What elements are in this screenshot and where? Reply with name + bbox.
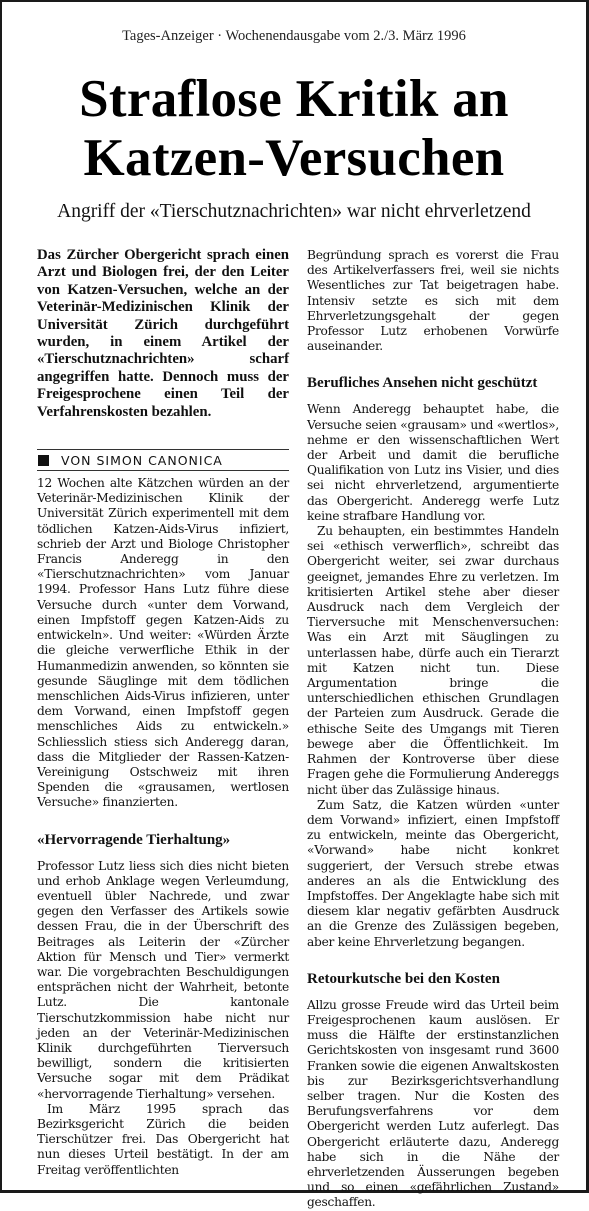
article-frame: Tages-Anzeiger · Wochenendausgabe vom 2.… [0,0,589,1193]
subheading: Berufliches Ansehen nicht geschützt [307,375,559,392]
body-paragraph: Im März 1995 sprach das Bezirksgericht Z… [37,1102,289,1178]
black-square-icon [38,455,49,466]
body-paragraph: Allzu grosse Freude wird das Urteil beim… [307,998,559,1193]
body-paragraph: Zum Satz, die Katzen würden «unter dem V… [307,798,559,950]
left-column: Das Zürcher Obergericht sprach einen Arz… [37,247,289,1178]
headline-line-2: Katzen-Versuchen [2,129,586,188]
right-column: Begründung sprach es vorerst die Frau de… [307,248,559,1193]
body-paragraph: 12 Wochen alte Kätzchen würden an der Ve… [37,476,289,810]
body-paragraph: Zu behaupten, ein bestimmtes Handeln sei… [307,524,559,798]
headline-line-1: Straflose Kritik an [2,70,586,129]
body-paragraph: Begründung sprach es vorerst die Frau de… [307,248,559,354]
body-paragraph: Professor Lutz liess sich dies nicht bie… [37,859,289,1102]
headline: Straflose Kritik an Katzen-Versuchen [2,70,586,188]
subheadline: Angriff der «Tierschutznachrichten» war … [2,201,586,223]
body-paragraph: Wenn Anderegg behauptet habe, die Versuc… [307,402,559,524]
dateline: Tages-Anzeiger · Wochenendausgabe vom 2.… [2,28,586,45]
byline-text: VON SIMON CANONICA [61,453,223,468]
subheading: «Hervorragende Tierhaltung» [37,832,289,849]
lead-paragraph: Das Zürcher Obergericht sprach einen Arz… [37,247,289,421]
byline: VON SIMON CANONICA [37,449,289,471]
subheading: Retourkutsche bei den Kosten [307,971,559,988]
